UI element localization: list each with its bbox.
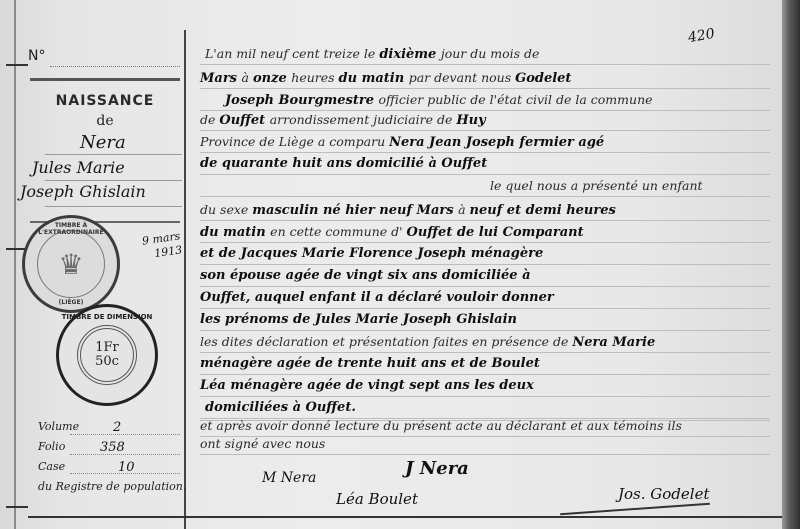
printed-text: jour du mois de: [441, 46, 540, 61]
handwritten-entry: Mars: [200, 71, 242, 86]
ruled-line: [200, 374, 770, 375]
margin-tick: [6, 506, 28, 508]
ruled-line: [200, 242, 770, 243]
ruled-line: [200, 264, 770, 265]
signature-witness1: M Nera: [262, 470, 316, 486]
ruled-line: [200, 196, 770, 197]
handwritten-entry: Joseph Bourgmestre: [225, 93, 379, 108]
handwritten-entry: onze: [253, 71, 291, 86]
handwritten-entry: masculin né hier neuf Mars: [252, 203, 458, 218]
margin-date: 9 mars 1913: [141, 229, 183, 262]
ruled-line: [200, 330, 770, 331]
act-text-line: Léa ménagère agée de vingt sept ans les …: [200, 378, 534, 393]
handwritten-entry: Nera Marie: [572, 335, 655, 350]
rule: [45, 180, 182, 181]
handwritten-entry: ménagère agée de trente huit ans et de B…: [200, 356, 540, 371]
dimension-stamp-seal: TIMBRE DE DIMENSION 1Fr 50c: [56, 304, 158, 406]
ruled-line: [200, 454, 770, 455]
ruled-line: [200, 396, 770, 397]
act-text-line: de Ouffet arrondissement judiciaire de H…: [200, 112, 486, 128]
register-volume: Volume 2: [38, 420, 79, 433]
printed-text: L'an mil neuf cent treize le: [205, 46, 379, 61]
act-text-line: le quel nous a présenté un enfant: [490, 178, 703, 194]
act-text-line: domiciliées à Ouffet.: [205, 400, 356, 415]
handwritten-entry: du matin: [200, 225, 270, 240]
handwritten-entry: Huy: [456, 113, 485, 128]
printed-text: heures: [291, 70, 338, 85]
handwritten-entry: dixième: [379, 47, 441, 62]
ruled-line: [200, 286, 770, 287]
register-folio: Folio 358: [38, 440, 65, 453]
column-divider: [184, 30, 186, 529]
handwritten-entry: domiciliées à Ouffet.: [205, 400, 356, 415]
signature-officer: Jos. Godelet: [618, 485, 709, 503]
act-text-line: Province de Liège a comparu Nera Jean Jo…: [200, 134, 604, 150]
printed-text: du sexe: [200, 202, 252, 217]
handwritten-entry: de quarante huit ans domicilié à Ouffet: [200, 156, 487, 171]
printed-text: les dites déclaration et présentation fa…: [200, 334, 572, 349]
folio-mark: 420: [687, 26, 716, 46]
printed-text: à: [242, 70, 253, 85]
ruled-line: [200, 130, 770, 131]
act-text-line: Mars à onze heures du matin par devant n…: [200, 70, 571, 86]
printed-text: le quel nous a présenté un enfant: [490, 178, 703, 193]
act-text-line: son épouse agée de vingt six ans domicil…: [200, 268, 531, 283]
rule: [30, 78, 180, 81]
entry-number-label: N°: [28, 48, 45, 64]
printed-text: à: [458, 202, 469, 217]
handwritten-entry: et de Jacques Marie Florence Joseph ména…: [200, 246, 543, 261]
printed-text: Province de Liège a comparu: [200, 134, 389, 149]
printed-text: par devant nous: [409, 70, 515, 85]
ruled-line: [200, 110, 770, 111]
officer-flourish: [560, 503, 710, 515]
printed-text: en cette commune d': [270, 224, 406, 239]
bottom-rule: [28, 516, 788, 518]
printed-text: officier public de l'état civil de la co…: [379, 92, 653, 107]
rule: [70, 454, 180, 455]
handwritten-entry: Ouffet de lui Comparant: [407, 225, 584, 240]
ruled-line: [200, 152, 770, 153]
handwritten-entry: Ouffet: [219, 113, 269, 128]
ruled-line: [200, 352, 770, 353]
handwritten-entry: du matin: [339, 71, 409, 86]
margin-tick: [6, 64, 28, 66]
act-text-line: Joseph Bourgmestre officier public de l'…: [225, 92, 653, 108]
handwritten-entry: Ouffet, auquel enfant il a déclaré voulo…: [200, 290, 554, 305]
printed-text: arrondissement judiciaire de: [270, 112, 457, 127]
act-text-line: et après avoir donné lecture du présent …: [200, 418, 682, 434]
act-text-line: du matin en cette commune d' Ouffet de l…: [200, 224, 584, 240]
child-surname: Nera: [80, 132, 126, 153]
ruled-line: [200, 220, 770, 221]
rule: [70, 473, 180, 474]
act-text-line: Ouffet, auquel enfant il a déclaré voulo…: [200, 290, 554, 305]
act-text-line: les dites déclaration et présentation fa…: [200, 334, 655, 350]
section-de: de: [30, 113, 180, 129]
handwritten-entry: neuf et demi heures: [470, 203, 616, 218]
entry-number-line: [50, 66, 180, 67]
printed-text: et après avoir donné lecture du présent …: [200, 418, 682, 433]
rule: [45, 154, 182, 155]
ruled-line: [200, 174, 770, 175]
signature-witness2: Léa Boulet: [336, 490, 418, 508]
printed-text: ont signé avec nous: [200, 436, 325, 451]
act-text-line: les prénoms de Jules Marie Joseph Ghisla…: [200, 312, 517, 327]
act-text-line: du sexe masculin né hier neuf Mars à neu…: [200, 202, 616, 218]
act-text-line: ont signé avec nous: [200, 436, 325, 452]
rule: [45, 206, 182, 207]
rule: [70, 434, 180, 435]
handwritten-entry: Nera Jean Joseph fermier agé: [389, 135, 604, 150]
register-page: N° NAISSANCE de Nera Jules Marie Joseph …: [0, 0, 790, 529]
section-title: NAISSANCE: [30, 93, 180, 109]
child-given-names-2: Joseph Ghislain: [20, 182, 146, 201]
handwritten-entry: Léa ménagère agée de vingt sept ans les …: [200, 378, 534, 393]
signature-declarant: J Nera: [405, 458, 469, 479]
handwritten-entry: son épouse agée de vingt six ans domicil…: [200, 268, 531, 283]
act-text-line: de quarante huit ans domicilié à Ouffet: [200, 156, 487, 171]
act-text-line: ménagère agée de trente huit ans et de B…: [200, 356, 540, 371]
page-edge: [782, 0, 800, 529]
handwritten-entry: les prénoms de Jules Marie Joseph Ghisla…: [200, 312, 517, 327]
act-text-line: et de Jacques Marie Florence Joseph ména…: [200, 246, 543, 261]
child-given-names-1: Jules Marie: [32, 158, 125, 177]
ruled-line: [200, 308, 770, 309]
act-text-line: L'an mil neuf cent treize le dixième jou…: [205, 46, 539, 62]
binding-margin-line: [14, 0, 16, 529]
ruled-line: [200, 88, 770, 89]
wreath-icon: 1Fr 50c: [77, 325, 137, 385]
extraordinary-stamp-seal: TIMBRE À L'EXTRAORDINAIRE ♛ (LIÈGE): [22, 215, 120, 313]
register-footer: du Registre de population.: [38, 480, 186, 493]
lion-crown-icon: ♛: [58, 248, 83, 281]
register-case: Case 10: [38, 460, 65, 473]
printed-text: de: [200, 112, 219, 127]
handwritten-entry: Godelet: [515, 71, 571, 86]
ruled-line: [200, 64, 770, 65]
